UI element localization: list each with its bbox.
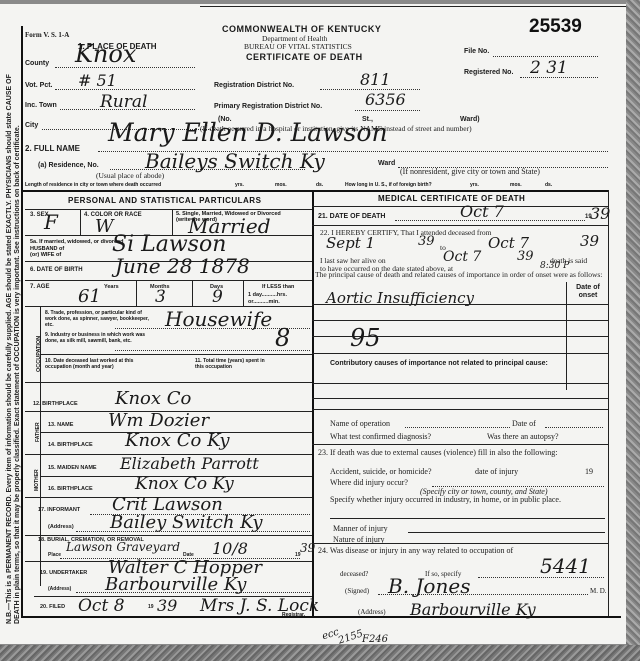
spouse-label: 5a. If married, widowed, or divorced HUS… (30, 239, 124, 259)
physician-signature: B. Jones (388, 574, 470, 598)
where-injury-label: Where did injury occur? (330, 478, 408, 487)
father-name-label: 13. NAME (48, 422, 73, 428)
rule (40, 354, 312, 355)
rule (312, 398, 608, 399)
dob-value: June 28 1878 (115, 254, 250, 278)
mother-vertical-label: MOTHER (34, 459, 40, 491)
autopsy-label: Was there an autopsy? (487, 432, 559, 441)
border-right (608, 190, 609, 616)
bottom-note-2: 2155 (337, 628, 365, 646)
father-birthplace-value: Knox Co Ky (125, 430, 230, 451)
rule (25, 382, 312, 383)
deceased-label: deceased? (340, 570, 368, 578)
father-name-value: Wm Dozier (108, 410, 209, 431)
spouse-label-line3: (or) WIFE of (30, 252, 124, 259)
operation-date-label: Date of (512, 419, 536, 428)
rule (25, 209, 312, 210)
industry-label: 9. Industry or business in which work wa… (45, 332, 153, 344)
bureau: BUREAU OF VITAL STATISTICS (244, 42, 352, 51)
registration-district-label: Registration District No. (214, 82, 294, 89)
top-rule (200, 6, 630, 7)
attended-to-year: 39 (580, 232, 599, 250)
rule (312, 543, 608, 544)
burial-date-value: 10/8 (212, 539, 248, 558)
rule (312, 383, 608, 384)
rule (330, 518, 605, 519)
principal-cause-label: The principal cause of death and related… (315, 271, 605, 279)
cause-code: 95 (350, 324, 381, 352)
personal-section-title: PERSONAL AND STATISTICAL PARTICULARS (68, 196, 261, 205)
primary-registration-line (355, 110, 420, 111)
father-vertical-label: FATHER (35, 412, 41, 442)
age-years-value: 61 (78, 286, 101, 307)
sex-value: F (44, 210, 58, 234)
foreign-birth-label: How long in U. S., if of foreign birth? (345, 182, 432, 188)
registration-district-value: 811 (360, 70, 391, 89)
nonresident-note: (If nonresident, give city or town and S… (400, 167, 540, 176)
foreign-mos: mos. (510, 182, 522, 188)
last-worked-label: 10. Date deceased last worked at this oc… (45, 358, 145, 370)
less-day: 1 day..........hrs. (248, 292, 287, 298)
foreign-yrs: yrs. (470, 182, 479, 188)
informant-label: 17. INFORMANT (38, 507, 80, 513)
informant-address-value: Bailey Switch Ky (110, 512, 263, 533)
primary-registration-value: 6356 (365, 90, 406, 109)
mother-birthplace-label: 16. BIRTHPLACE (48, 486, 93, 492)
section-rule (21, 190, 609, 192)
county-value: Knox (75, 40, 136, 68)
filed-label: 20. FILED (40, 604, 65, 610)
rule (25, 280, 312, 281)
file-no-label: File No. (464, 48, 489, 55)
physician-address-value: Barbourville Ky (410, 600, 536, 619)
full-name-value: Mary Ellen D. Lawson (108, 118, 388, 147)
full-name-label: 2. FULL NAME (25, 144, 80, 153)
city-label: City (25, 122, 38, 129)
vot-pct-line (55, 89, 195, 90)
total-time-label: 11. Total time (years) spent in this occ… (195, 358, 265, 370)
rule (408, 532, 605, 533)
mother-maiden-label: 15. MAIDEN NAME (48, 465, 97, 471)
rule (25, 535, 312, 536)
less-min: or..........min. (248, 299, 280, 305)
vot-pct-label: Vot. Pct. (25, 82, 52, 89)
external-causes-label: 23. If death was due to external causes … (318, 449, 608, 457)
date-onset-label: Date of onset (570, 284, 606, 300)
informant-address-label: (Address) (48, 524, 74, 530)
foreign-ds: ds. (545, 182, 552, 188)
age-months-value: 3 (155, 287, 166, 307)
father-birthplace-label: 14. BIRTHPLACE (48, 442, 93, 448)
bottom-note-3: F246 (362, 634, 388, 645)
file-no-field (493, 56, 598, 57)
date-of-death-label: 21. DATE OF DEATH (318, 213, 385, 220)
residence-value: Baileys Switch Ky (145, 149, 325, 173)
residence-ward-label: Ward (378, 160, 395, 167)
injury-year-label: 19 (585, 467, 593, 476)
test-label: What test confirmed diagnosis? (330, 432, 431, 441)
inc-town-value: Rural (100, 92, 147, 112)
residence-label: (a) Residence, No. (38, 162, 99, 169)
certificate-number: 25539 (529, 16, 582, 38)
registrar-label: Registrar. (282, 612, 305, 618)
operation-date-line (545, 427, 603, 428)
undertaker-label: 19. UNDERTAKER (40, 570, 87, 576)
filed-year-value: 39 (157, 596, 177, 615)
length-mos: mos. (275, 182, 287, 188)
rule (312, 304, 608, 305)
accident-label: Accident, suicide, or homicide? (330, 467, 432, 476)
scan-edge-right (626, 0, 640, 661)
industry-mark: 8 (275, 324, 290, 352)
county-label: County (25, 60, 49, 67)
trade-value: Housewife (165, 307, 272, 331)
related-label: 24. Was disease or injury in any way rel… (318, 546, 513, 555)
last-saw-year: 39 (517, 249, 534, 264)
age-label: 7. AGE (30, 284, 49, 290)
occupation-code: 5441 (540, 554, 591, 578)
scan-edge-bottom (0, 645, 640, 661)
length-yrs: yrs. (235, 182, 244, 188)
less-than-label: If LESS than (262, 284, 294, 290)
certificate-title: CERTIFICATE OF DEATH (246, 52, 363, 62)
filed-value: Oct 8 (78, 596, 125, 616)
primary-registration-label: Primary Registration District No. (214, 103, 322, 110)
registered-no-value: 2 31 (530, 58, 568, 78)
registered-no-label: Registered No. (464, 69, 513, 76)
birthplace-value: Knox Co (115, 388, 191, 409)
manner-label: Manner of injury (333, 524, 388, 533)
burial-place-value: Lawson Graveyard (66, 540, 180, 554)
attended-from: Sept 1 (326, 234, 375, 252)
physician-address-label: (Address) (358, 608, 386, 616)
age-days-value: 9 (212, 287, 223, 307)
injury-date-label: date of injury (475, 467, 518, 476)
rule (312, 353, 608, 354)
undertaker-address-value: Barbourville Ky (105, 574, 246, 595)
length-ds: ds. (316, 182, 323, 188)
date-of-death-year: 39 (590, 204, 610, 223)
mother-birthplace-value: Knox Co Ky (135, 474, 234, 494)
mother-maiden-value: Elizabeth Parrott (120, 454, 259, 473)
operation-line (405, 427, 510, 428)
rule (312, 320, 608, 321)
signed-label: (Signed) (345, 587, 369, 595)
vot-pct-value: # 51 (78, 71, 117, 90)
rule (312, 409, 608, 410)
filed-year-prefix: 19 (148, 604, 154, 610)
last-saw-value: Oct 7 (443, 249, 481, 265)
attended-from-year: 39 (418, 234, 435, 249)
undertaker-address-label: (Address) (48, 586, 71, 592)
rule (312, 225, 608, 226)
years-label: Years (104, 284, 119, 290)
border-left (21, 26, 23, 618)
color-value: W (95, 216, 114, 237)
certificate-paper: N.B.—This is a PERMANENT RECORD. Every i… (0, 4, 628, 644)
rule (192, 280, 193, 306)
rule (80, 209, 81, 235)
birthplace-label: 12. BIRTHPLACE (33, 401, 78, 407)
operation-label: Name of operation (330, 419, 390, 428)
form-number: Form V. S. 1-A (25, 31, 69, 39)
inc-town-label: Inc. Town (25, 102, 57, 109)
md-label: M. D. (590, 587, 607, 595)
rule (243, 280, 244, 306)
date-of-death-value: Oct 7 (460, 202, 504, 221)
spouse-label-line1: 5a. If married, widowed, or divorced (30, 239, 124, 246)
rule (312, 444, 608, 445)
contributory-label: Contributory causes of importance not re… (330, 360, 548, 367)
occupation-vertical-label: OCCUPATION (36, 322, 42, 372)
dob-label: 6. DATE OF BIRTH (30, 267, 83, 273)
trade-label: 8. Trade, profession, or particular kind… (45, 310, 153, 328)
residence-sub: (Usual place of abode) (96, 171, 164, 180)
specify-injury-label: Specify whether injury occurred in indus… (330, 496, 605, 504)
length-residence-label: Length of residence in city or town wher… (25, 182, 161, 188)
rule (136, 280, 137, 306)
state-title: COMMONWEALTH OF KENTUCKY (222, 24, 381, 34)
ward-label: Ward) (460, 116, 480, 123)
